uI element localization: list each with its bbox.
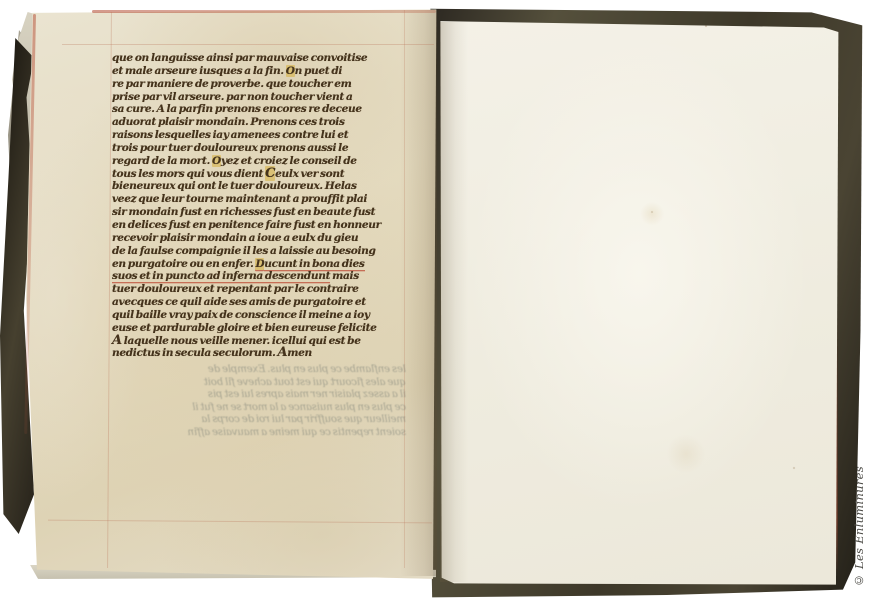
manuscript-line: tuer douloureux et repentant par le cont… (112, 283, 408, 296)
showthrough-line: soient repentis ce qui meine a mauvaise … (110, 427, 406, 440)
manuscript-line: A laquelle nous veille mener. icellui qu… (112, 335, 408, 348)
manuscript-line: quil baille vray paix de conscience il m… (112, 309, 408, 322)
manuscript-line: sa cure. A la parfin prenons encores re … (112, 103, 408, 116)
manuscript-line: recevoir plaisir mondain a ioue a eulx d… (112, 232, 408, 245)
right-blank-page (438, 16, 840, 588)
manuscript-line: regard de la mort. Oyez et croiez le con… (112, 155, 408, 168)
manuscript-line: avecques ce quil aide ses amis de purgat… (112, 296, 408, 309)
showthrough-line: il a assez plaisir ner mais apres lui es… (110, 389, 406, 402)
manuscript-line: euse et pardurable gloire et bien eureus… (112, 322, 408, 335)
manuscript-line: en delices fust en penitence faire fust … (112, 219, 408, 232)
showthrough-text-block: les enflambe ce plus en plus. Exemple de… (110, 364, 406, 440)
manuscript-line: et male arseure iusques a la fin. On pue… (112, 65, 408, 78)
manuscript-line: suos et in puncto ad inferna descendunt … (112, 270, 408, 283)
showthrough-line: les enflambe ce plus en plus. Exemple de (110, 364, 406, 377)
manuscript-line: re par maniere de proverbe. que toucher … (112, 78, 408, 91)
manuscript-line: prise par vil arseure. par non toucher v… (112, 91, 408, 104)
manuscript-photo: que on languisse ainsi par mauvaise conv… (0, 0, 882, 600)
manuscript-line: veez que leur tourne maintenant a prouff… (112, 193, 408, 206)
showthrough-line: que ales ficourt qui est tout acheve fil… (110, 377, 406, 390)
manuscript-line: tous les mors qui vous dient Ceulx ver s… (112, 168, 408, 181)
manuscript-line: trois pour tuer douloureux prenons aussi… (112, 142, 408, 155)
showthrough-line: meilleur que souffrir par lui roi de cor… (110, 414, 406, 427)
manuscript-line: raisons lesquelles iay amenees contre lu… (112, 129, 408, 142)
manuscript-line: aduorat plaisir mondain. Prenons ces tro… (112, 116, 408, 129)
copyright-credit: © Les Enluminures (852, 466, 866, 587)
manuscript-line: sir mondain fust en richesses fust en be… (112, 206, 408, 219)
manuscript-line: que on languisse ainsi par mauvaise conv… (112, 52, 408, 65)
manuscript-line: de la faulse compaignie il les a laissie… (112, 245, 408, 258)
ruling-line-horizontal-top (62, 44, 434, 45)
manuscript-line: nedictus in secula seculorum. Amen (112, 347, 408, 360)
manuscript-line: en purgatoire ou en enfer. Ducunt in bon… (112, 258, 408, 271)
gutter-shadow-right (440, 22, 468, 582)
manuscript-text-block: que on languisse ainsi par mauvaise conv… (112, 52, 408, 360)
red-stained-top-edge (92, 10, 436, 13)
showthrough-line: ce plus en plus nuisance a la mort se ne… (110, 402, 406, 415)
manuscript-line: bieneureux qui ont le tuer douloureux. H… (112, 180, 408, 193)
